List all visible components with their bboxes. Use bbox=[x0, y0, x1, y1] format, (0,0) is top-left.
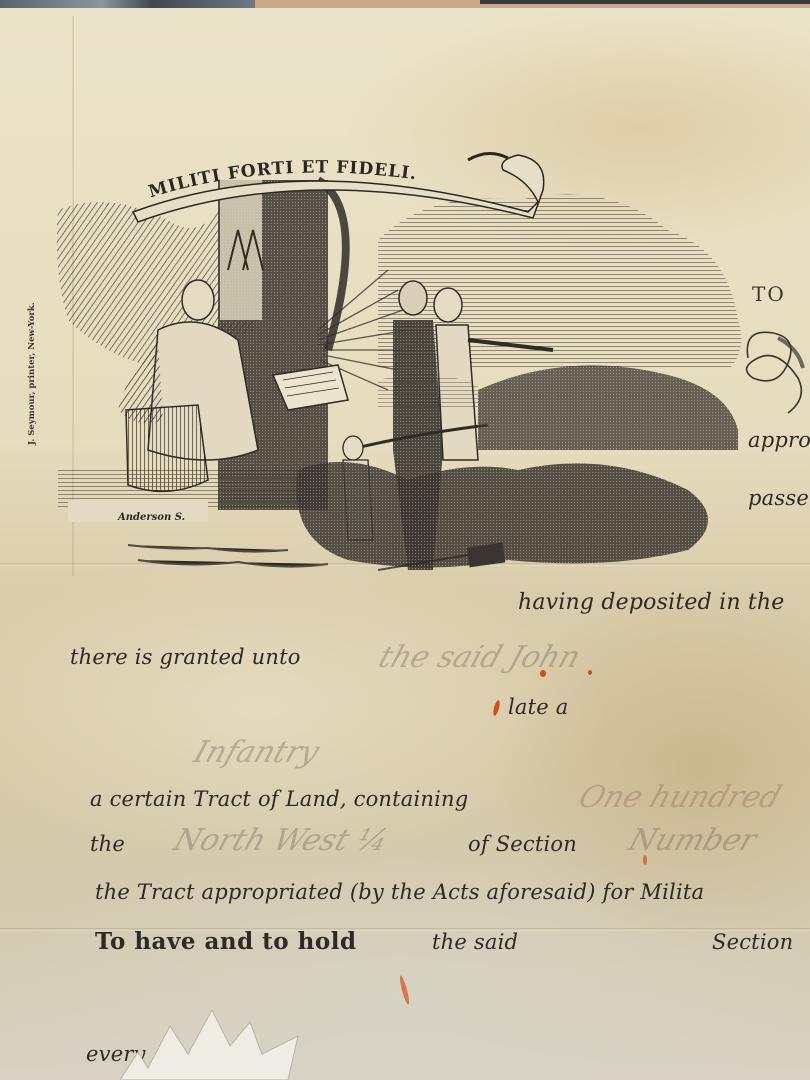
text-late-a: late a bbox=[508, 695, 569, 719]
handwritten-grantee-name: the said John bbox=[374, 640, 584, 675]
text-there-is-granted: there is granted unto bbox=[70, 645, 301, 669]
printer-credit: J. Seymour, printer, New-York. bbox=[22, 290, 40, 450]
engraved-vignette: MILITI FORTI ET FIDELI. Anderson S. bbox=[48, 150, 748, 590]
text-fragment-appro: appro bbox=[748, 428, 810, 452]
motto-ribbon: MILITI FORTI ET FIDELI. bbox=[48, 150, 748, 240]
text-having-deposited: having deposited in the bbox=[518, 590, 785, 615]
paper-seal bbox=[100, 1010, 340, 1080]
text-section: Section bbox=[712, 930, 793, 954]
header-to: TO bbox=[752, 282, 786, 306]
text-fragment-passe: passe bbox=[748, 486, 809, 510]
text-the: the bbox=[90, 832, 125, 856]
handwritten-acreage: One hundred bbox=[574, 780, 785, 815]
red-ink-spot bbox=[643, 855, 647, 865]
red-ink-spot bbox=[540, 670, 546, 677]
engraver-signature: Anderson S. bbox=[118, 512, 185, 523]
text-certain-tract: a certain Tract of Land, containing bbox=[90, 787, 468, 811]
red-ink-spot bbox=[588, 670, 592, 675]
text-tract-appropriated: the Tract appropriated (by the Acts afor… bbox=[95, 880, 704, 904]
handwritten-quarter: North West ¼ bbox=[169, 823, 392, 858]
text-to-have-and-to-hold: To have and to hold bbox=[95, 928, 357, 955]
dark-edge bbox=[480, 0, 810, 4]
handwritten-section-number: Number bbox=[624, 823, 761, 858]
handwritten-regiment: Infantry bbox=[189, 735, 323, 770]
text-the-said: the said bbox=[432, 930, 518, 954]
text-of-section: of Section bbox=[468, 832, 577, 856]
ornate-initial-flourish bbox=[738, 318, 810, 418]
